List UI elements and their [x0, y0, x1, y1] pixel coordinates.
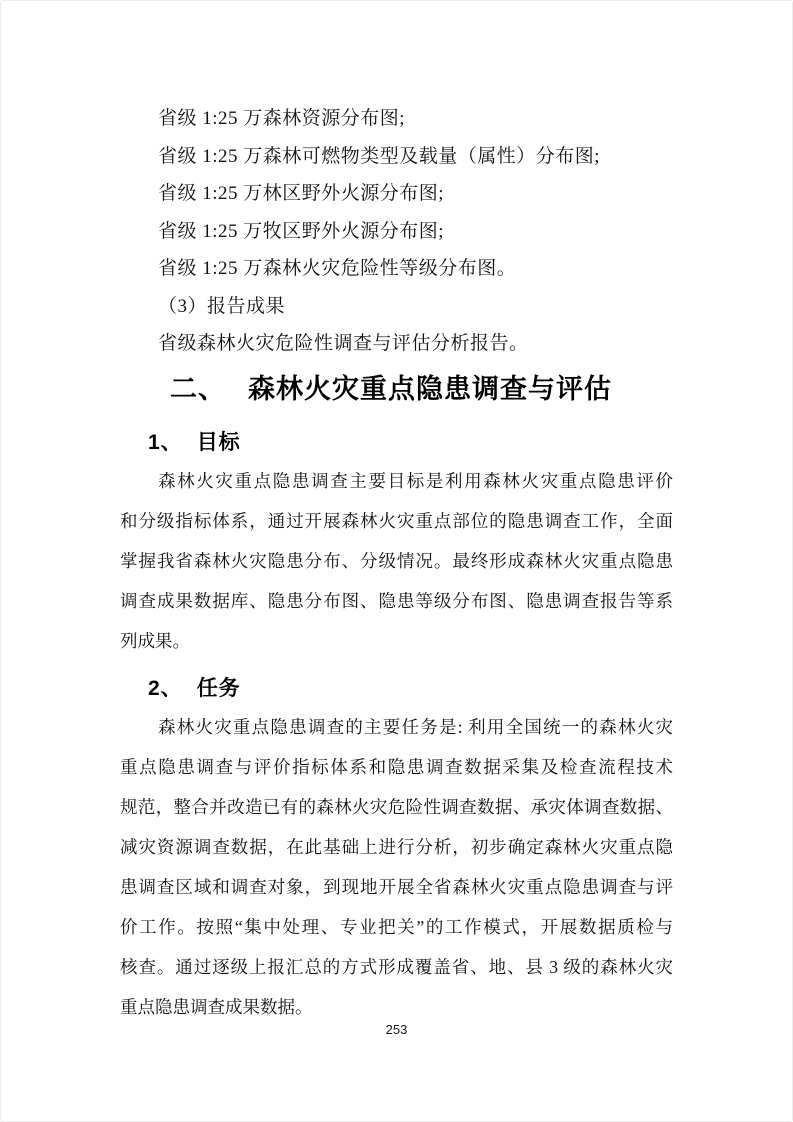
task-paragraph-line: 核查。通过逐级上报汇总的方式形成覆盖省、地、县 3 级的森林火灾 [120, 947, 673, 987]
figure-list-line: 省级 1:25 万森林火灾危险性等级分布图。 [120, 250, 673, 288]
figure-list-line: （3）报告成果 [120, 288, 673, 326]
task-paragraph-line: 重点隐患调查成果数据。 [120, 987, 673, 1027]
page-number: 253 [0, 1022, 793, 1038]
task-paragraph-line: 患调查区域和调查对象，到现地开展全省森林火灾重点隐患调查与评 [120, 867, 673, 907]
figure-list-line: 省级森林火灾危险性调查与评估分析报告。 [120, 325, 673, 363]
goal-paragraph-line: 调查成果数据库、隐患分布图、隐患等级分布图、隐患调查报告等系 [120, 581, 673, 621]
goal-paragraph-line: 掌握我省森林火灾隐患分布、分级情况。最终形成森林火灾重点隐患 [120, 541, 673, 581]
task-paragraph-line: 减灾资源调查数据，在此基础上进行分析，初步确定森林火灾重点隐 [120, 827, 673, 867]
figure-list-line: 省级 1:25 万森林资源分布图; [120, 100, 673, 138]
goal-paragraph: 森林火灾重点隐患调查主要目标是利用森林火灾重点隐患评价和分级指标体系，通过开展森… [120, 461, 673, 661]
figure-list-line: 省级 1:25 万牧区野外火源分布图; [120, 213, 673, 251]
chapter-heading-title: 森林火灾重点隐患调查与评估 [248, 374, 612, 404]
document-page: 省级 1:25 万森林资源分布图;省级 1:25 万森林可燃物类型及载量（属性）… [0, 0, 793, 1122]
subsection-task-number: 2、 [148, 677, 183, 700]
task-paragraph: 森林火灾重点隐患调查的主要任务是: 利用全国统一的森林火灾重点隐患调查与评价指标… [120, 707, 673, 1027]
task-paragraph-line: 重点隐患调查与评价指标体系和隐患调查数据采集及检查流程技术 [120, 747, 673, 787]
task-paragraph-line: 森林火灾重点隐患调查的主要任务是: 利用全国统一的森林火灾 [120, 707, 673, 747]
subsection-heading-task: 2、任务 [148, 675, 673, 702]
figure-list-line: 省级 1:25 万森林可燃物类型及载量（属性）分布图; [120, 138, 673, 176]
subsection-goal-number: 1、 [148, 431, 183, 454]
task-paragraph-line: 规范，整合并改造已有的森林火灾危险性调查数据、承灾体调查数据、 [120, 787, 673, 827]
figure-list: 省级 1:25 万森林资源分布图;省级 1:25 万森林可燃物类型及载量（属性）… [120, 100, 673, 363]
goal-paragraph-line: 森林火灾重点隐患调查主要目标是利用森林火灾重点隐患评价 [120, 461, 673, 501]
subsection-task-title: 任务 [197, 677, 241, 700]
text-column: 省级 1:25 万森林资源分布图;省级 1:25 万森林可燃物类型及载量（属性）… [120, 100, 673, 1027]
subsection-heading-goal: 1、目标 [148, 429, 673, 456]
subsection-goal-title: 目标 [197, 431, 241, 454]
chapter-heading: 二、森林火灾重点隐患调查与评估 [170, 373, 673, 405]
goal-paragraph-line: 和分级指标体系，通过开展森林火灾重点部位的隐患调查工作，全面 [120, 501, 673, 541]
task-paragraph-line: 价工作。按照“集中处理、专业把关”的工作模式，开展数据质检与 [120, 907, 673, 947]
figure-list-line: 省级 1:25 万林区野外火源分布图; [120, 175, 673, 213]
goal-paragraph-line: 列成果。 [120, 621, 673, 661]
chapter-heading-number: 二、 [170, 374, 226, 404]
